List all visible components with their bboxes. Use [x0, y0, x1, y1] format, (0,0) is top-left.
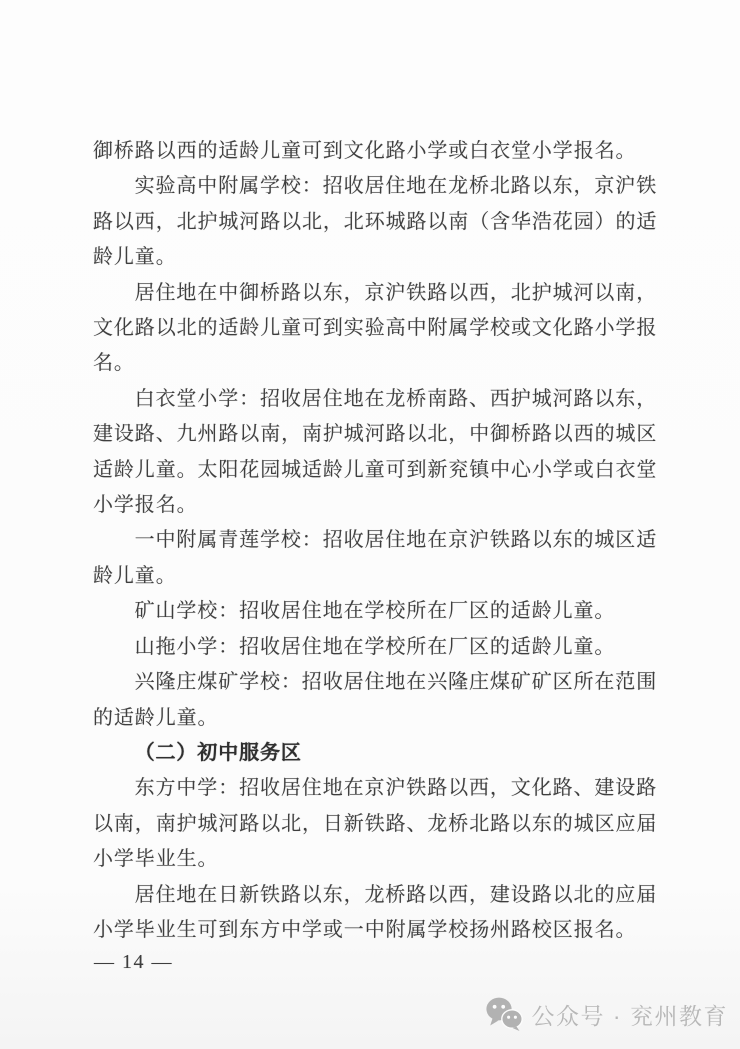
paragraph: 山拖小学：招收居住地在学校所在厂区的适龄儿童。 — [93, 630, 668, 665]
document-body: 御桥路以西的适龄儿童可到文化路小学或白衣堂小学报名。实验高中附属学校：招收居住地… — [93, 134, 668, 948]
page-number: — 14 — — [94, 945, 173, 980]
paragraph: 居住地在中御桥路以东，京沪铁路以西，北护城河以南， 文化路以北的适龄儿童可到实验… — [93, 276, 668, 382]
wechat-icon — [485, 996, 523, 1032]
paragraph: 居住地在日新铁路以东，龙桥路以西，建设路以北的应届 小学毕业生可到东方中学或一中… — [93, 878, 668, 949]
section-heading: （二）初中服务区 — [93, 736, 668, 771]
paragraph: 御桥路以西的适龄儿童可到文化路小学或白衣堂小学报名。 — [93, 134, 668, 169]
paragraph: 白衣堂小学：招收居住地在龙桥南路、西护城河路以东， 建设路、九州路以南，南护城河… — [93, 382, 668, 524]
wechat-watermark: 公众号 · 兖州教育 — [485, 996, 728, 1032]
paragraph: 东方中学：招收居住地在京沪铁路以西，文化路、建设路 以南，南护城河路以北，日新铁… — [93, 771, 668, 877]
paragraph: 实验高中附属学校：招收居住地在龙桥北路以东，京沪铁 路以西，北护城河路以北，北环… — [93, 169, 668, 275]
watermark-text: 公众号 · 兖州教育 — [532, 998, 728, 1031]
paragraph: 兴隆庄煤矿学校：招收居住地在兴隆庄煤矿矿区所在范围 的适龄儿童。 — [93, 665, 668, 736]
paragraph: 一中附属青莲学校：招收居住地在京沪铁路以东的城区适 龄儿童。 — [93, 523, 668, 594]
paragraph: 矿山学校：招收居住地在学校所在厂区的适龄儿童。 — [93, 594, 668, 629]
document-page: 御桥路以西的适龄儿童可到文化路小学或白衣堂小学报名。实验高中附属学校：招收居住地… — [0, 0, 740, 1049]
